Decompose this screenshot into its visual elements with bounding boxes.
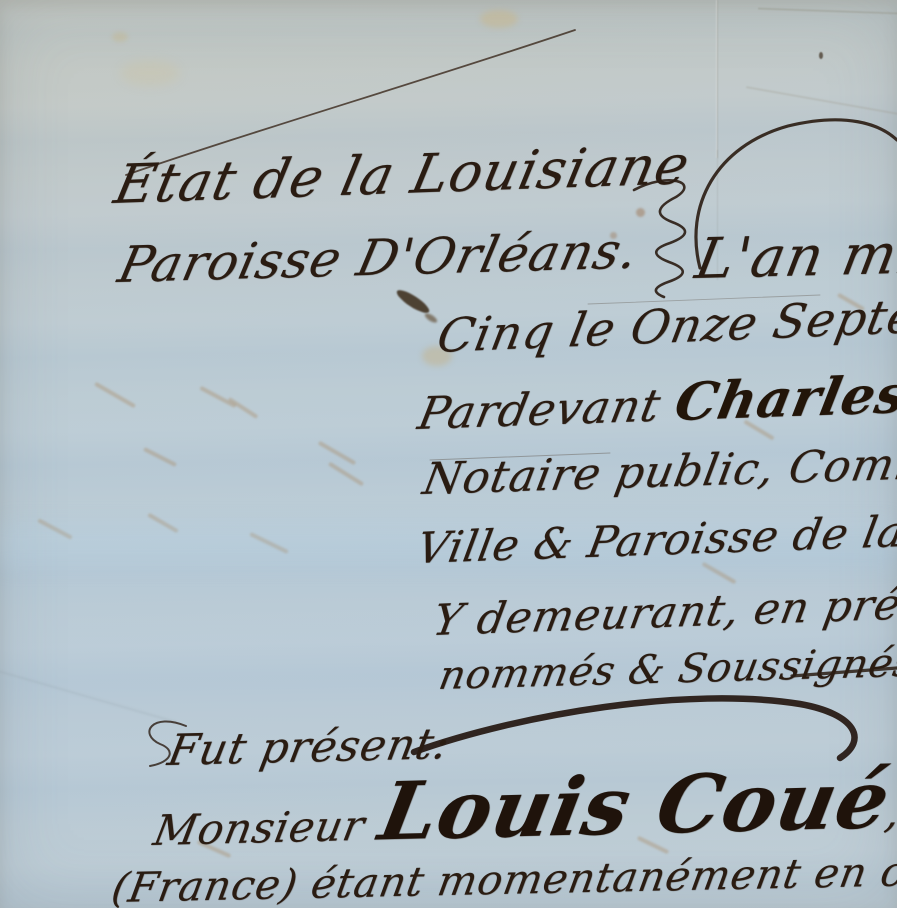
notary-name: Charles V: [670, 362, 897, 433]
paper-stain: [636, 208, 645, 217]
notary-prefix: Pardevant: [414, 378, 681, 440]
paper-stain: [480, 10, 518, 28]
paper-speck: [819, 52, 823, 59]
heading-state-line: État de la Louisiane: [110, 136, 696, 214]
residence-line: Y demeurant, en présence: [429, 577, 897, 644]
party-name: Louis Coué: [372, 752, 897, 858]
notary-title-line: Notaire public, Comm: [419, 440, 897, 504]
show-through-mark: [318, 441, 356, 465]
notary-line: Pardevant Charles V: [414, 365, 897, 440]
party-prefix: Monsieur: [150, 801, 384, 855]
witnesses-line: nommés & Soussignés; —: [435, 640, 897, 698]
paper-crease: [716, 0, 718, 158]
heading-parish-line: Paroisse D'Orléans.: [114, 224, 644, 292]
paper-crease: [0, 669, 177, 723]
show-through-mark: [147, 513, 178, 533]
paper-crease: [746, 86, 897, 116]
show-through-mark: [249, 532, 289, 554]
show-through-mark: [94, 382, 136, 408]
year-opening-line: L'an mil: [691, 224, 897, 290]
show-through-mark: [37, 518, 72, 539]
paper-stain: [120, 60, 180, 86]
paper-stain: [112, 32, 128, 42]
paper-crease: [758, 8, 897, 15]
orleans-squiggle: [634, 180, 685, 297]
ink-smudge: [394, 287, 432, 317]
document-photo: État de la Louisiane Paroisse D'Orléans.…: [0, 0, 897, 908]
date-line: Cinq le Onze Septem: [433, 290, 897, 362]
coue-top-sweep: [414, 698, 855, 758]
ink-smudge: [423, 312, 438, 325]
show-through-mark: [199, 386, 236, 408]
show-through-mark: [228, 397, 259, 419]
show-through-mark: [328, 462, 364, 487]
show-through-mark: [143, 447, 177, 467]
location-line: Ville & Paroisse de la: [413, 509, 897, 572]
show-through-mark: [702, 562, 737, 584]
